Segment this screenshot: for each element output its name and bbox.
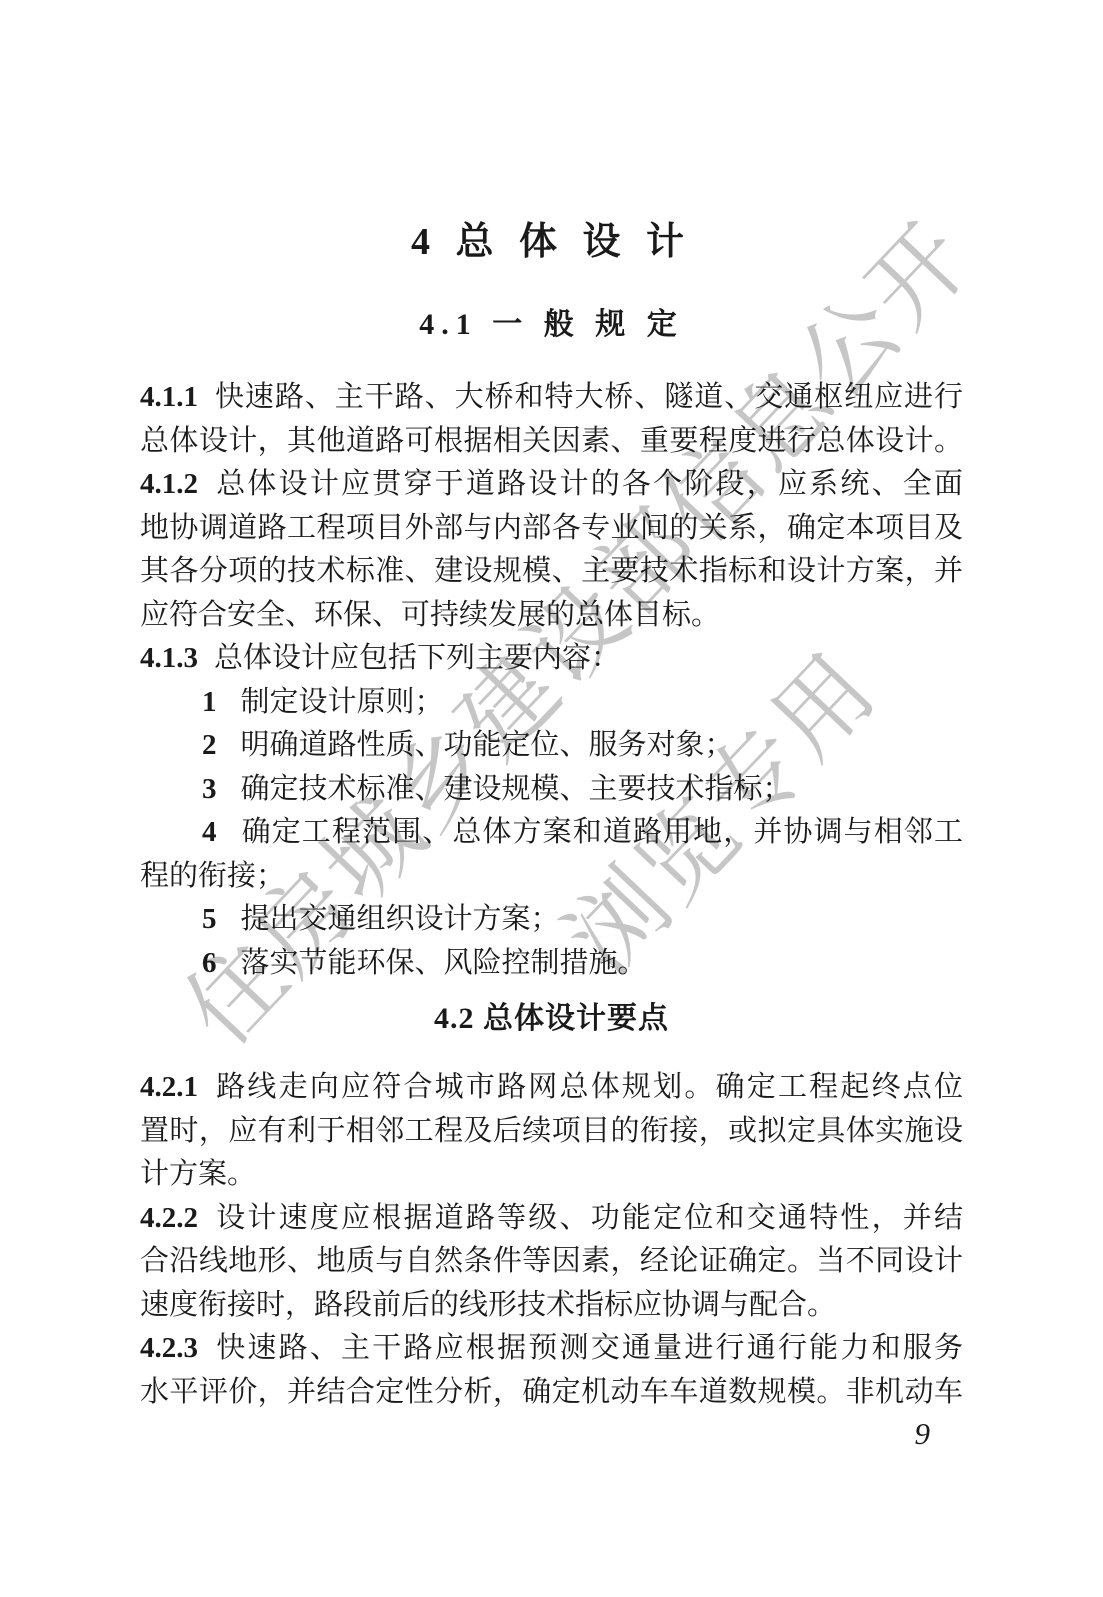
clause-text: 程的衔接； (140, 860, 285, 892)
list-item-line: 6落实节能环保、风险控制措施。 (140, 942, 963, 986)
clause-text: 快速路、主干路应根据预测交通量进行通行能力和服务 (214, 1332, 963, 1364)
list-item-number: 4 (202, 816, 217, 848)
list-item-text: 明确道路性质、功能定位、服务对象； (241, 729, 734, 761)
clause-text: 总体设计应贯穿于道路设计的各个阶段，应系统、全面 (214, 468, 963, 500)
page-number: 9 (140, 1412, 930, 1456)
clause-text: 应符合安全、环保、可持续发展的总体目标。 (140, 599, 720, 631)
clause-line: 4.1.1快速路、主干路、大桥和特大桥、隧道、交通枢纽应进行 (140, 376, 963, 420)
clause-line: 置时，应有利于相邻工程及后续项目的衔接，或拟定具体实施设 (140, 1110, 963, 1154)
list-item-text: 提出交通组织设计方案； (241, 903, 560, 935)
clause-text: 水平评价，并结合定性分析，确定机动车车道数规模。非机动车 (140, 1376, 963, 1408)
list-item-line: 2明确道路性质、功能定位、服务对象； (140, 724, 963, 768)
clause-text: 总体设计应包括下列主要内容： (214, 642, 620, 674)
clause-line: 4.2.1路线走向应符合城市路网总体规划。确定工程起终点位 (140, 1066, 963, 1110)
clause-text: 设计速度应根据道路等级、功能定位和交通特性，并结 (214, 1202, 963, 1234)
clause-line: 4.1.3总体设计应包括下列主要内容： (140, 637, 963, 681)
list-item-text: 确定工程范围、总体方案和道路用地，并协调与相邻工 (241, 816, 964, 848)
clause-line: 总体设计，其他道路可根据相关因素、重要程度进行总体设计。 (140, 420, 963, 464)
list-item-line: 1制定设计原则； (140, 681, 963, 725)
clause-line: 程的衔接； (140, 855, 963, 899)
body-text: 4.1.1快速路、主干路、大桥和特大桥、隧道、交通枢纽应进行 总体设计，其他道路… (140, 376, 963, 1414)
list-item-text: 制定设计原则； (241, 686, 444, 718)
clause-text: 总体设计，其他道路可根据相关因素、重要程度进行总体设计。 (140, 425, 963, 457)
list-item-number: 3 (202, 773, 217, 805)
document-page: 住房城乡建设部信息公开 浏览专用 4 总 体 设 计 4.1 一 般 规 定 4… (0, 0, 1103, 1597)
clause-line: 4.1.2总体设计应贯穿于道路设计的各个阶段，应系统、全面 (140, 463, 963, 507)
clause-number: 4.2.1 (140, 1071, 198, 1103)
clause-line: 计方案。 (140, 1153, 963, 1197)
clause-line: 4.2.3快速路、主干路应根据预测交通量进行通行能力和服务 (140, 1327, 963, 1371)
list-item-text: 落实节能环保、风险控制措施。 (241, 947, 647, 979)
clause-line: 其各分项的技术标准、建设规模、主要技术指标和设计方案，并 (140, 550, 963, 594)
clause-line: 4.2.2设计速度应根据道路等级、功能定位和交通特性，并结 (140, 1197, 963, 1241)
clause-line: 地协调道路工程项目外部与内部各专业间的关系，确定本项目及 (140, 507, 963, 551)
clause-text: 速度衔接时，路段前后的线形技术指标应协调与配合。 (140, 1289, 836, 1321)
list-item-line: 3确定技术标准、建设规模、主要技术指标； (140, 768, 963, 812)
section-4-2-title: 4.2 总体设计要点 (140, 993, 963, 1045)
list-item-line: 4确定工程范围、总体方案和道路用地，并协调与相邻工 (140, 811, 963, 855)
clause-text: 其各分项的技术标准、建设规模、主要技术指标和设计方案，并 (140, 555, 963, 587)
clause-text: 地协调道路工程项目外部与内部各专业间的关系，确定本项目及 (140, 512, 963, 544)
clause-number: 4.2.2 (140, 1202, 198, 1234)
clause-line: 应符合安全、环保、可持续发展的总体目标。 (140, 594, 963, 638)
section-4-1-title: 4.1 一 般 规 定 (140, 300, 963, 350)
list-item-number: 1 (202, 686, 217, 718)
list-item-number: 5 (202, 903, 217, 935)
clause-text: 计方案。 (140, 1158, 256, 1190)
chapter-title: 4 总 体 设 计 (140, 215, 963, 270)
clause-number: 4.1.1 (140, 381, 198, 413)
list-item-number: 2 (202, 729, 217, 761)
clause-number: 4.1.3 (140, 642, 198, 674)
list-item-number: 6 (202, 947, 217, 979)
list-item-line: 5提出交通组织设计方案； (140, 898, 963, 942)
clause-line: 合沿线地形、地质与自然条件等因素，经论证确定。当不同设计 (140, 1240, 963, 1284)
clause-text: 合沿线地形、地质与自然条件等因素，经论证确定。当不同设计 (140, 1245, 963, 1277)
clause-number: 4.2.3 (140, 1332, 198, 1364)
clause-number: 4.1.2 (140, 468, 198, 500)
clause-text: 路线走向应符合城市路网总体规划。确定工程起终点位 (214, 1071, 963, 1103)
list-item-text: 确定技术标准、建设规模、主要技术指标； (241, 773, 792, 805)
clause-text: 置时，应有利于相邻工程及后续项目的衔接，或拟定具体实施设 (140, 1115, 963, 1147)
clause-text: 快速路、主干路、大桥和特大桥、隧道、交通枢纽应进行 (214, 381, 963, 413)
clause-line: 水平评价，并结合定性分析，确定机动车车道数规模。非机动车 (140, 1371, 963, 1415)
clause-line: 速度衔接时，路段前后的线形技术指标应协调与配合。 (140, 1284, 963, 1328)
